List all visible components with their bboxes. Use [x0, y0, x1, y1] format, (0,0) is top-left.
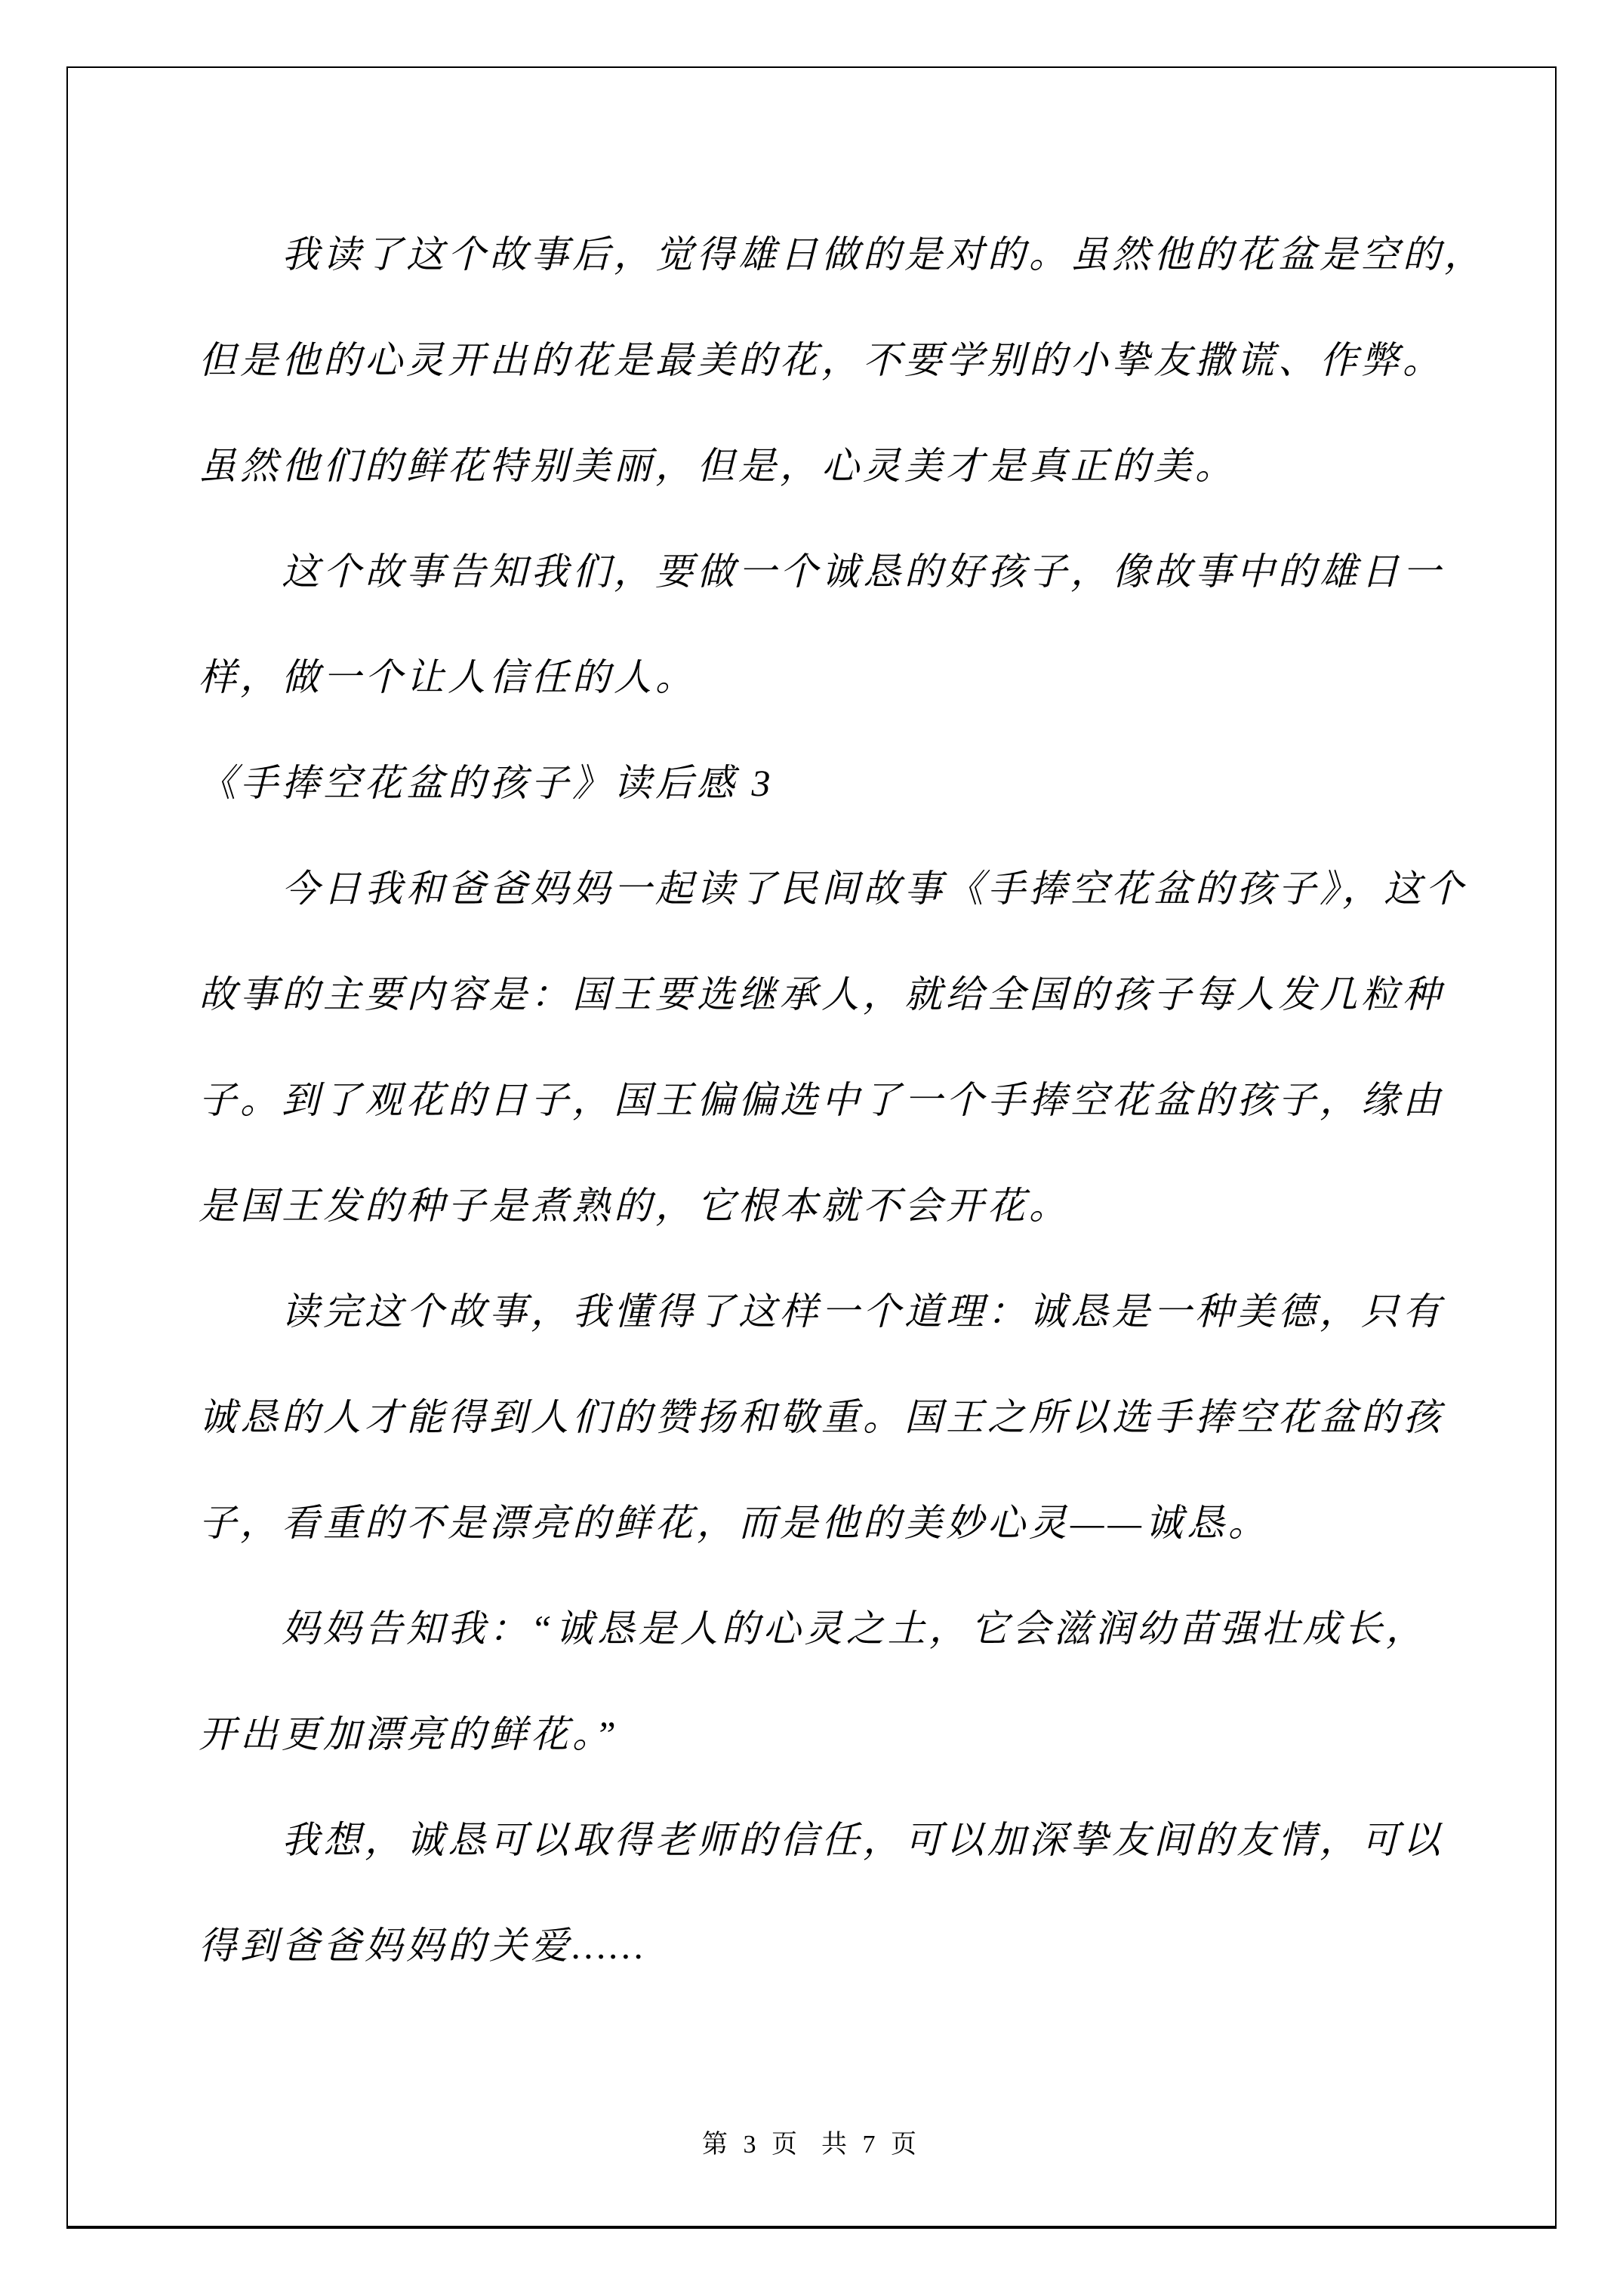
- text-line: 读完这个故事，我懂得了这样一个道理：诚恳是一种美德，只有: [199, 1259, 1504, 1364]
- text-line: 这个故事告知我们，要做一个诚恳的好孩子，像故事中的雄日一: [199, 519, 1504, 624]
- text-line: 开出更加漂亮的鲜花。”: [199, 1681, 1504, 1787]
- document-page: 我读了这个故事后，觉得雄日做的是对的。虽然他的花盆是空的，但是他的心灵开出的花是…: [0, 0, 1623, 2296]
- text-line: 是国王发的种子是煮熟的，它根本就不会开花。: [199, 1153, 1504, 1259]
- text-line: 故事的主要内容是：国王要选继承人，就给全国的孩子每人发几粒种: [199, 942, 1504, 1047]
- text-line: 今日我和爸爸妈妈一起读了民间故事《手捧空花盆的孩子》，这个: [199, 836, 1504, 942]
- section-heading: 《手捧空花盆的孩子》读后感 3: [199, 730, 1504, 836]
- text-line: 但是他的心灵开出的花是最美的花，不要学别的小挚友撒谎、作弊。: [199, 307, 1504, 413]
- text-line: 样，做一个让人信任的人。: [199, 624, 1504, 730]
- text-line: 妈妈告知我：“诚恳是人的心灵之土，它会滋润幼苗强壮成长，: [199, 1576, 1504, 1681]
- text-line: 诚恳的人才能得到人们的赞扬和敬重。国王之所以选手捧空花盆的孩: [199, 1364, 1504, 1470]
- text-line: 子，看重的不是漂亮的鲜花，而是他的美妙心灵——诚恳。: [199, 1470, 1504, 1576]
- page-footer: 第 3 页共 7 页: [68, 2128, 1555, 2162]
- text-line: 子。到了观花的日子，国王偏偏选中了一个手捧空花盆的孩子，缘由: [199, 1047, 1504, 1153]
- page-total: 共 7 页: [821, 2131, 921, 2159]
- text-line: 我想，诚恳可以取得老师的信任，可以加深挚友间的友情，可以: [199, 1787, 1504, 1893]
- document-body: 我读了这个故事后，觉得雄日做的是对的。虽然他的花盆是空的，但是他的心灵开出的花是…: [199, 202, 1504, 1999]
- text-line: 虽然他们的鲜花特别美丽，但是，心灵美才是真正的美。: [199, 413, 1504, 519]
- text-line: 我读了这个故事后，觉得雄日做的是对的。虽然他的花盆是空的，: [199, 202, 1504, 307]
- page-border-frame: 我读了这个故事后，觉得雄日做的是对的。虽然他的花盆是空的，但是他的心灵开出的花是…: [66, 66, 1557, 2229]
- text-line: 得到爸爸妈妈的关爱……: [199, 1893, 1504, 1999]
- page-number: 第 3 页: [702, 2131, 802, 2159]
